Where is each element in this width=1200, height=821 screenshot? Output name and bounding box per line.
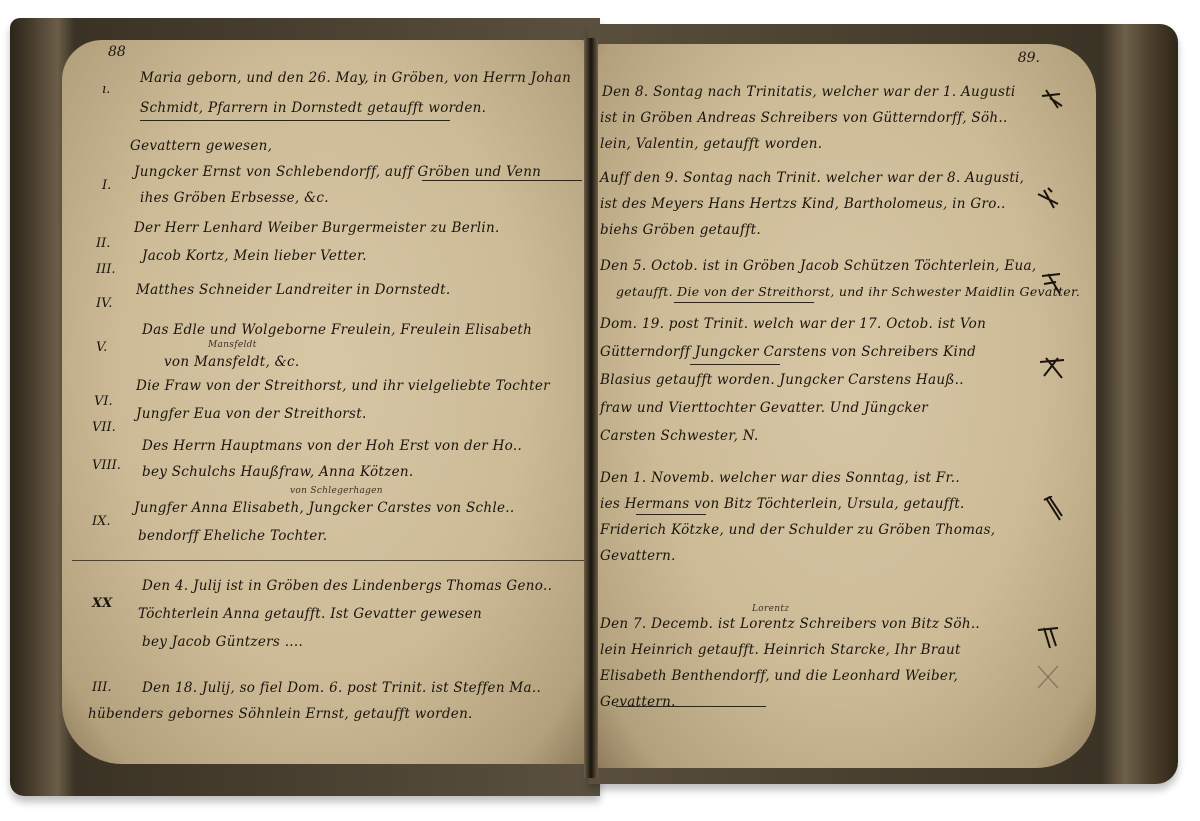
entry-line: ies Hermans von Bitz Töchterlein, Ursula… (600, 496, 965, 512)
entry-line: Den 1. Novemb. welcher war dies Sonntag,… (600, 470, 960, 486)
margin-sign-icon (1036, 624, 1060, 650)
page-number-left: 88 (108, 44, 126, 60)
entry-line: Den 18. Julij, so fiel Dom. 6. post Trin… (142, 680, 541, 696)
entry-line: Den 4. Julij ist in Gröben des Lindenber… (142, 578, 552, 594)
margin-sign-icon (1040, 496, 1064, 522)
entry-line: Gütterndorff Jungcker Carstens von Schre… (600, 344, 976, 360)
entry-margin-numeral: III. (96, 262, 116, 277)
entry-margin-numeral: IV. (96, 296, 112, 311)
entry-line: Der Herr Lenhard Weiber Burgermeister zu… (134, 220, 500, 236)
entry-line: ihes Gröben Erbsesse, &c. (140, 190, 329, 206)
entry-line: Elisabeth Benthendorff, und die Leonhard… (600, 668, 958, 684)
underline (690, 364, 780, 365)
entry-line: Töchterlein Anna getaufft. Ist Gevatter … (138, 606, 482, 622)
entry-line: Carsten Schwester, N. (600, 428, 759, 444)
entry-line: Jungfer Eua von der Streithorst. (136, 406, 367, 422)
entry-margin-numeral: VII. (92, 420, 116, 435)
underline (140, 120, 450, 121)
entry-line: Auff den 9. Sontag nach Trinit. welcher … (600, 170, 1024, 186)
entry-line: von Mansfeldt, &c. (164, 354, 299, 370)
entry-line: Gevattern. (600, 694, 676, 710)
entry-line: hübenders gebornes Söhnlein Ernst, getau… (88, 706, 473, 722)
entry-line: lein Heinrich getaufft. Heinrich Starcke… (600, 642, 961, 658)
entry-line: Friderich Kötzke, und der Schulder zu Gr… (600, 522, 995, 538)
entry-line: Gevattern gewesen, (130, 138, 272, 154)
margin-sign-icon (1040, 86, 1064, 112)
entry-line: Matthes Schneider Landreiter in Dornsted… (136, 282, 450, 298)
entry-line: biehs Gröben getaufft. (600, 222, 761, 238)
interlinear-note: Lorentz (752, 604, 789, 614)
entry-line: Dom. 19. post Trinit. welch war der 17. … (600, 316, 986, 332)
underline (616, 706, 766, 707)
entry-line: Jungfer Anna Elisabeth, Jungcker Carstes… (134, 500, 515, 516)
entry-line: ist in Gröben Andreas Schreibers von Güt… (600, 110, 1008, 126)
entry-line: Schmidt, Pfarrern in Dornstedt getaufft … (140, 100, 486, 116)
entry-line: Das Edle und Wolgeborne Freulein, Freule… (142, 322, 532, 338)
entry-line: Die Fraw von der Streithorst, und ihr vi… (136, 378, 550, 394)
entry-line: bey Schulchs Haußfraw, Anna Kötzen. (142, 464, 413, 480)
entry-line: fraw und Vierttochter Gevatter. Und Jüng… (600, 400, 928, 416)
entry-line: Blasius getaufft worden. Jungcker Carste… (600, 372, 964, 388)
margin-sign-icon (1036, 186, 1060, 212)
entry-line: Den 5. Octob. ist in Gröben Jacob Schütz… (600, 258, 1036, 274)
entry-line: lein, Valentin, getaufft worden. (600, 136, 822, 152)
entry-line: Maria geborn, und den 26. May, in Gröben… (140, 70, 571, 86)
book-gutter (584, 38, 598, 778)
entry-line: bendorff Eheliche Tochter. (138, 528, 327, 544)
entry-line: Jungcker Ernst von Schlebendorff, auff G… (134, 164, 541, 180)
underline (636, 514, 706, 515)
entry-margin-numeral: II. (96, 236, 110, 251)
entry-line: bey Jacob Güntzers .... (142, 634, 303, 650)
entry-margin-numeral: V. (96, 340, 107, 355)
entry-margin-numeral: I. (102, 178, 111, 193)
entry-margin-numeral: ı. (102, 82, 110, 97)
entry-line: getaufft. Die von der Streithorst, und i… (616, 284, 1080, 299)
entry-line: ist des Meyers Hans Hertzs Kind, Barthol… (600, 196, 1006, 212)
open-register-book: 88 ı. Maria geborn, und den 26. May, in … (10, 18, 1178, 796)
entry-margin-numeral: IX. (92, 514, 111, 529)
page-number-right: 89. (1018, 50, 1040, 66)
entry-line: Den 8. Sontag nach Trinitatis, welcher w… (602, 84, 1016, 100)
underline (674, 302, 814, 303)
entry-margin-numeral: XX (92, 596, 112, 611)
interlinear-note: von Schlegerhagen (290, 486, 383, 496)
entry-line: Des Herrn Hauptmans von der Hoh Erst von… (142, 438, 522, 454)
right-page: 89. Den 8. Sontag nach Trinitatis, welch… (596, 44, 1096, 768)
underline (422, 180, 582, 181)
margin-sign-icon (1040, 354, 1064, 380)
entry-margin-numeral: III. (92, 680, 112, 695)
margin-cross-icon (1036, 664, 1060, 690)
left-page: 88 ı. Maria geborn, und den 26. May, in … (62, 40, 586, 764)
margin-sign-icon (1040, 270, 1064, 296)
entry-margin-numeral: VIII. (92, 458, 121, 473)
entry-line: Gevattern. (600, 548, 676, 564)
entry-margin-numeral: VI. (94, 394, 113, 409)
interlinear-note: Mansfeldt (208, 340, 257, 350)
entry-line: Jacob Kortz, Mein lieber Vetter. (142, 248, 367, 264)
section-divider (72, 560, 586, 561)
entry-line: Den 7. Decemb. ist Lorentz Schreibers vo… (600, 616, 980, 632)
